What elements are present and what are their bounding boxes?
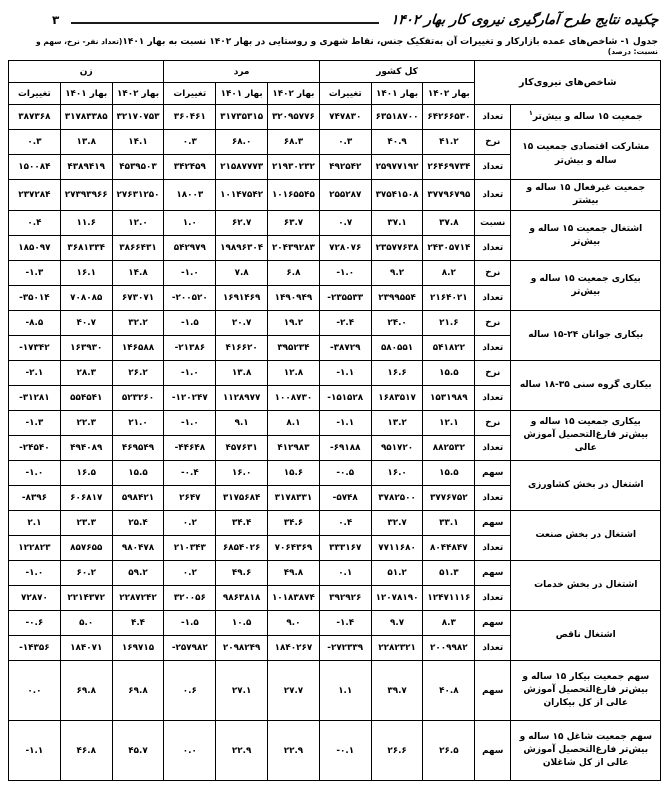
unit-cell: سهم bbox=[475, 721, 511, 781]
value-cell: ۲۷۶۳۱۲۵۰ bbox=[112, 180, 164, 211]
value-cell: ۶۳۵۱۸۷۰۰ bbox=[371, 105, 423, 130]
value-cell: ۲۱۹۳۰۲۳۲ bbox=[268, 155, 320, 180]
unit-cell: تعداد bbox=[475, 586, 511, 611]
document-title: چکیده نتایج طرح آمارگیری نیروی کار بهار … bbox=[390, 12, 659, 28]
value-cell: -۱.۰ bbox=[9, 461, 61, 486]
value-cell: ۲۵۹۷۷۱۹۲ bbox=[371, 155, 423, 180]
value-cell: -۱.۵ bbox=[164, 311, 216, 336]
value-cell: ۸.۱ bbox=[268, 411, 320, 436]
value-cell: -۸.۵ bbox=[9, 311, 61, 336]
value-cell: -۱.۰ bbox=[9, 561, 61, 586]
col-header-spring1402: بهار ۱۴۰۲ bbox=[268, 83, 320, 105]
value-cell: ۱۸۵۰۹۷ bbox=[9, 236, 61, 261]
value-cell: ۳۸۶۶۴۳۱ bbox=[112, 236, 164, 261]
value-cell: ۱۵۳۱۹۸۹ bbox=[423, 386, 475, 411]
value-cell: ۰.۴ bbox=[319, 511, 371, 536]
value-cell: -۱.۳ bbox=[9, 411, 61, 436]
value-cell: ۱۰۱۸۳۸۷۴ bbox=[268, 586, 320, 611]
value-cell: ۲۲.۹ bbox=[216, 721, 268, 781]
value-cell: ۱.۱ bbox=[319, 661, 371, 721]
value-cell: ۳۱۷۸۳۳۸۵ bbox=[60, 105, 112, 130]
value-cell: ۲۳.۳ bbox=[60, 511, 112, 536]
value-cell: ۶۰.۲ bbox=[60, 561, 112, 586]
value-cell: ۷۴۷۸۳۰ bbox=[319, 105, 371, 130]
indicator-label: اشتغال در بخش کشاورزی bbox=[511, 461, 661, 511]
value-cell: ۴۰.۷ bbox=[60, 311, 112, 336]
value-cell: -۱.۴ bbox=[319, 611, 371, 636]
value-cell: ۴۱۶۶۲۰ bbox=[216, 336, 268, 361]
value-cell: ۲۰.۷ bbox=[216, 311, 268, 336]
value-cell: ۲۰۴۳۹۲۸۳ bbox=[268, 236, 320, 261]
unit-cell: نرخ bbox=[475, 361, 511, 386]
value-cell: ۴۵۳۹۵۰۳ bbox=[112, 155, 164, 180]
value-cell: -۱.۰ bbox=[164, 361, 216, 386]
value-cell: ۳۹۵۲۳۴ bbox=[268, 336, 320, 361]
table-body: جمعیت ۱۵ ساله و بیش‌تر۱تعداد۶۴۲۶۶۵۳۰۶۳۵۱… bbox=[9, 105, 661, 781]
value-cell: ۱۲۲۸۲۳ bbox=[9, 536, 61, 561]
value-cell: ۲۶.۲ bbox=[112, 361, 164, 386]
value-cell: ۵۱.۳ bbox=[423, 561, 475, 586]
value-cell: ۴.۴ bbox=[112, 611, 164, 636]
value-cell: ۱۸۴۰۲۶۷ bbox=[268, 636, 320, 661]
value-cell: ۱۶.۵ bbox=[60, 461, 112, 486]
value-cell: -۱۵۱۵۲۸ bbox=[319, 386, 371, 411]
value-cell: ۱۴۹۰۹۴۹ bbox=[268, 286, 320, 311]
table-row: جمعیت غیرفعال ۱۵ ساله و بیشترتعداد۳۷۷۹۶۷… bbox=[9, 180, 661, 211]
value-cell: -۱.۵ bbox=[164, 611, 216, 636]
value-cell: ۶۸۵۴۰۲۶ bbox=[216, 536, 268, 561]
value-cell: ۲۵.۴ bbox=[112, 511, 164, 536]
value-cell: ۷۰۸۰۸۵ bbox=[60, 286, 112, 311]
value-cell: ۰.۱ bbox=[319, 561, 371, 586]
value-cell: ۴۵۷۶۳۱ bbox=[216, 436, 268, 461]
value-cell: ۰.۲ bbox=[164, 561, 216, 586]
value-cell: -۱.۱ bbox=[9, 721, 61, 781]
value-cell: ۲۴۳۰۵۷۱۴ bbox=[423, 236, 475, 261]
value-cell: ۳۶۰۴۶۱ bbox=[164, 105, 216, 130]
value-cell: ۱.۰ bbox=[164, 211, 216, 236]
value-cell: ۱۳.۸ bbox=[60, 130, 112, 155]
value-cell: ۹.۲ bbox=[371, 261, 423, 286]
unit-cell: نرخ bbox=[475, 261, 511, 286]
value-cell: ۱۱۲۸۹۷۷ bbox=[216, 386, 268, 411]
value-cell: ۱۶.۰ bbox=[216, 461, 268, 486]
unit-cell: تعداد bbox=[475, 536, 511, 561]
indicator-label: مشارکت اقتصادی جمعیت ۱۵ ساله و بیش‌تر bbox=[511, 130, 661, 180]
value-cell: -۲۱۳۸۶ bbox=[164, 336, 216, 361]
table-row: مشارکت اقتصادی جمعیت ۱۵ ساله و بیش‌ترنرخ… bbox=[9, 130, 661, 155]
value-cell: ۲۱.۰ bbox=[112, 411, 164, 436]
value-cell: ۶۴۲۶۶۵۳۰ bbox=[423, 105, 475, 130]
value-cell: ۱۲۴۷۱۱۱۶ bbox=[423, 586, 475, 611]
unit-cell: تعداد bbox=[475, 386, 511, 411]
table-row: بیکاری جوانان ۲۴-۱۵ سالهنرخ۲۱.۶۲۴.۰-۲.۴۱… bbox=[9, 311, 661, 336]
value-cell: ۰.۶ bbox=[164, 661, 216, 721]
value-cell: ۱۱.۶ bbox=[60, 211, 112, 236]
value-cell: ۱۵.۵ bbox=[423, 461, 475, 486]
value-cell: ۵۴۱۸۲۲ bbox=[423, 336, 475, 361]
group-header-country: کل کشور bbox=[319, 61, 474, 83]
table-row: اشتغال در بخش خدماتسهم۵۱.۳۵۱.۲۰.۱۴۹.۸۴۹.… bbox=[9, 561, 661, 586]
value-cell: ۸۰۴۴۸۴۷ bbox=[423, 536, 475, 561]
unit-cell: سهم bbox=[475, 461, 511, 486]
value-cell: ۴۵.۷ bbox=[112, 721, 164, 781]
value-cell: -۰.۱ bbox=[319, 721, 371, 781]
table-row: بیکاری جمعیت ۱۵ ساله و بیش‌ترنرخ۸.۲۹.۲-۱… bbox=[9, 261, 661, 286]
value-cell: ۲۳۹۹۵۵۴ bbox=[371, 286, 423, 311]
value-cell: ۱۰۰۸۷۳۰ bbox=[268, 386, 320, 411]
value-cell: -۰.۵ bbox=[319, 461, 371, 486]
value-cell: -۵۷۴۸ bbox=[319, 486, 371, 511]
col-header-change: تغییرات bbox=[9, 83, 61, 105]
table-caption-text: جدول ۱- شاخص‌های عمده بازارکار و تغییرات… bbox=[122, 37, 658, 47]
value-cell: ۳۲۰۹۵۷۷۶ bbox=[268, 105, 320, 130]
value-cell: ۴۰.۸ bbox=[423, 661, 475, 721]
value-cell: ۱۵.۵ bbox=[423, 361, 475, 386]
table-row: سهم جمعیت شاغل ۱۵ ساله و بیش‌تر فارغ‌الت… bbox=[9, 721, 661, 781]
value-cell: ۲۲.۳ bbox=[60, 411, 112, 436]
value-cell: ۳۴۲۴۵۹ bbox=[164, 155, 216, 180]
col-header-spring1402: بهار ۱۴۰۲ bbox=[112, 83, 164, 105]
unit-cell: تعداد bbox=[475, 236, 511, 261]
value-cell: ۷۷۱۱۶۸۰ bbox=[371, 536, 423, 561]
value-cell: ۲۰۹۸۲۴۹ bbox=[216, 636, 268, 661]
col-header-spring1401: بهار ۱۴۰۱ bbox=[371, 83, 423, 105]
value-cell: -۱.۳ bbox=[9, 261, 61, 286]
value-cell: ۱۶.۶ bbox=[371, 361, 423, 386]
value-cell: -۱.۰ bbox=[164, 261, 216, 286]
value-cell: ۱۵.۶ bbox=[268, 461, 320, 486]
value-cell: ۱۲.۱ bbox=[423, 411, 475, 436]
value-cell: ۰.۳ bbox=[9, 130, 61, 155]
value-cell: -۳۵۰۱۴ bbox=[9, 286, 61, 311]
value-cell: -۱۷۳۴۲ bbox=[9, 336, 61, 361]
value-cell: ۳۶۸۱۳۳۴ bbox=[60, 236, 112, 261]
value-cell: ۴۶۹۵۴۹ bbox=[112, 436, 164, 461]
value-cell: ۲۴.۰ bbox=[371, 311, 423, 336]
unit-cell: سهم bbox=[475, 611, 511, 636]
value-cell: ۹.۰ bbox=[268, 611, 320, 636]
value-cell: ۲۵۵۲۸۷ bbox=[319, 180, 371, 211]
value-cell: ۵.۰ bbox=[60, 611, 112, 636]
value-cell: ۲۶۴۶۹۷۳۴ bbox=[423, 155, 475, 180]
value-cell: ۳۷.۸ bbox=[423, 211, 475, 236]
indicator-label: جمعیت ۱۵ ساله و بیش‌تر۱ bbox=[511, 105, 661, 130]
value-cell: ۶۰۶۸۱۷ bbox=[60, 486, 112, 511]
value-cell: ۲۶.۶ bbox=[371, 721, 423, 781]
indicator-label: سهم جمعیت شاغل ۱۵ ساله و بیش‌تر فارغ‌الت… bbox=[511, 721, 661, 781]
table-row: جمعیت ۱۵ ساله و بیش‌تر۱تعداد۶۴۲۶۶۵۳۰۶۳۵۱… bbox=[9, 105, 661, 130]
unit-cell: نرخ bbox=[475, 311, 511, 336]
value-cell: ۴۹۴۰۸۹ bbox=[60, 436, 112, 461]
value-cell: ۸۵۷۶۵۵ bbox=[60, 536, 112, 561]
value-cell: ۱۵۰۰۸۴ bbox=[9, 155, 61, 180]
value-cell: ۱۵.۵ bbox=[112, 461, 164, 486]
value-cell: ۳۱۷۳۵۳۱۵ bbox=[216, 105, 268, 130]
value-cell: ۶۲.۷ bbox=[216, 211, 268, 236]
value-cell: -۲۷۲۳۳۹ bbox=[319, 636, 371, 661]
value-cell: ۵۱.۲ bbox=[371, 561, 423, 586]
value-cell: -۴۴۶۴۸ bbox=[164, 436, 216, 461]
value-cell: ۱۰۱۶۵۵۴۵ bbox=[268, 180, 320, 211]
value-cell: -۱۲۰۲۴۷ bbox=[164, 386, 216, 411]
value-cell: ۲۳۵۷۷۶۳۸ bbox=[371, 236, 423, 261]
value-cell: ۹۸۶۳۸۱۸ bbox=[216, 586, 268, 611]
value-cell: -۰.۴ bbox=[164, 461, 216, 486]
value-cell: -۲۳۵۵۳۳ bbox=[319, 286, 371, 311]
value-cell: ۱۹۸۹۶۳۰۴ bbox=[216, 236, 268, 261]
value-cell: ۴۱.۲ bbox=[423, 130, 475, 155]
indicator-label: بیکاری جمعیت ۱۵ ساله و بیش‌تر bbox=[511, 261, 661, 311]
value-cell: -۱.۰ bbox=[319, 261, 371, 286]
value-cell: ۳۱۷۸۳۳۱ bbox=[268, 486, 320, 511]
value-cell: ۳۷۷۶۷۵۲ bbox=[423, 486, 475, 511]
value-cell: -۳۸۷۲۹ bbox=[319, 336, 371, 361]
value-cell: ۷.۸ bbox=[216, 261, 268, 286]
col-header-spring1401: بهار ۱۴۰۱ bbox=[216, 83, 268, 105]
unit-cell: تعداد bbox=[475, 486, 511, 511]
value-cell: ۲۱.۶ bbox=[423, 311, 475, 336]
value-cell: ۱۶۳۹۳۰ bbox=[60, 336, 112, 361]
value-cell: ۵۹۸۴۲۱ bbox=[112, 486, 164, 511]
value-cell: -۲۵۷۹۸۲ bbox=[164, 636, 216, 661]
indicator-label: سهم جمعیت بیکار ۱۵ ساله و بیش‌تر فارغ‌ال… bbox=[511, 661, 661, 721]
value-cell: ۱۴۶۵۸۸ bbox=[112, 336, 164, 361]
col-header-change: تغییرات bbox=[319, 83, 371, 105]
value-cell: ۹.۷ bbox=[371, 611, 423, 636]
col-header-spring1402: بهار ۱۴۰۲ bbox=[423, 83, 475, 105]
value-cell: ۱۳.۲ bbox=[371, 411, 423, 436]
value-cell: ۵۲۳۲۶۰ bbox=[112, 386, 164, 411]
value-cell: ۲۲.۹ bbox=[268, 721, 320, 781]
value-cell: ۶۹.۸ bbox=[60, 661, 112, 721]
unit-cell: تعداد bbox=[475, 105, 511, 130]
value-cell: ۱۹.۲ bbox=[268, 311, 320, 336]
indicator-column-header: شاخص‌های نیروی‌کار bbox=[475, 61, 661, 105]
unit-cell: تعداد bbox=[475, 636, 511, 661]
value-cell: ۱۲.۰ bbox=[112, 211, 164, 236]
value-cell: ۵۴۲۹۷۹ bbox=[164, 236, 216, 261]
value-cell: ۱۸۴۰۷۱ bbox=[60, 636, 112, 661]
value-cell: ۰.۰ bbox=[9, 661, 61, 721]
unit-cell: تعداد bbox=[475, 436, 511, 461]
value-cell: -۱.۰ bbox=[164, 411, 216, 436]
value-cell: ۴۹.۶ bbox=[216, 561, 268, 586]
value-cell: ۰.۳ bbox=[319, 130, 371, 155]
value-cell: ۱۶۹۱۴۶۹ bbox=[216, 286, 268, 311]
value-cell: ۵۵۴۵۴۱ bbox=[60, 386, 112, 411]
value-cell: -۱۴۳۵۶ bbox=[9, 636, 61, 661]
value-cell: ۱۴.۱ bbox=[112, 130, 164, 155]
table-row: بیکاری جمعیت ۱۵ ساله و بیش‌تر فارغ‌التحص… bbox=[9, 411, 661, 436]
value-cell: ۴۰.۹ bbox=[371, 130, 423, 155]
value-cell: ۲۷.۷ bbox=[268, 661, 320, 721]
value-cell: ۳۳.۱ bbox=[423, 511, 475, 536]
value-cell: ۳۷.۱ bbox=[371, 211, 423, 236]
indicator-label: اشتغال ناقص bbox=[511, 611, 661, 661]
value-cell: ۳۳۳۱۶۷ bbox=[319, 536, 371, 561]
value-cell: ۸۸۲۵۳۲ bbox=[423, 436, 475, 461]
value-cell: ۶۷۳۰۷۱ bbox=[112, 286, 164, 311]
value-cell: ۲۶.۵ bbox=[423, 721, 475, 781]
value-cell: ۳۷۵۴۱۵۰۸ bbox=[371, 180, 423, 211]
table-row: سهم جمعیت بیکار ۱۵ ساله و بیش‌تر فارغ‌ال… bbox=[9, 661, 661, 721]
value-cell: ۲۷.۱ bbox=[216, 661, 268, 721]
value-cell: ۴۱۲۹۸۳ bbox=[268, 436, 320, 461]
value-cell: ۸.۲ bbox=[423, 261, 475, 286]
value-cell: ۳۹۲۹۲۶ bbox=[319, 586, 371, 611]
value-cell: ۷۰۶۴۳۶۹ bbox=[268, 536, 320, 561]
value-cell: ۰.۴ bbox=[9, 211, 61, 236]
unit-cell: سهم bbox=[475, 561, 511, 586]
value-cell: ۱۲۰۷۸۱۹۰ bbox=[371, 586, 423, 611]
value-cell: ۴۳۸۹۴۱۹ bbox=[60, 155, 112, 180]
value-cell: ۷۲۸۰۷۶ bbox=[319, 236, 371, 261]
value-cell: ۲۷۳۹۳۹۶۶ bbox=[60, 180, 112, 211]
value-cell: ۱۸۰۰۳ bbox=[164, 180, 216, 211]
indicator-label: بیکاری جمعیت ۱۵ ساله و بیش‌تر فارغ‌التحص… bbox=[511, 411, 661, 461]
value-cell: ۱۴.۸ bbox=[112, 261, 164, 286]
group-header-female: زن bbox=[9, 61, 164, 83]
value-cell: ۴۶.۸ bbox=[60, 721, 112, 781]
value-cell: -۸۳۹۶ bbox=[9, 486, 61, 511]
value-cell: ۱۶۸۳۵۱۷ bbox=[371, 386, 423, 411]
value-cell: ۱۶.۰ bbox=[371, 461, 423, 486]
value-cell: ۲۱۰۳۴۳ bbox=[164, 536, 216, 561]
value-cell: ۳۲۱۷۰۷۵۳ bbox=[112, 105, 164, 130]
value-cell: -۶۹۱۸۸ bbox=[319, 436, 371, 461]
unit-cell: تعداد bbox=[475, 286, 511, 311]
report-page: چکیده نتایج طرح آمارگیری نیروی کار بهار … bbox=[0, 0, 668, 800]
value-cell: -۲۴۵۴۰ bbox=[9, 436, 61, 461]
value-cell: ۳۴.۴ bbox=[216, 511, 268, 536]
value-cell: -۰.۶ bbox=[9, 611, 61, 636]
col-header-change: تغییرات bbox=[164, 83, 216, 105]
table-row: اشتغال در بخش کشاورزیسهم۱۵.۵۱۶.۰-۰.۵۱۵.۶… bbox=[9, 461, 661, 486]
value-cell: ۵۸۰۵۵۱ bbox=[371, 336, 423, 361]
value-cell: ۶۸.۳ bbox=[268, 130, 320, 155]
page-header: چکیده نتایج طرح آمارگیری نیروی کار بهار … bbox=[0, 0, 668, 30]
col-header-spring1401: بهار ۱۴۰۱ bbox=[60, 83, 112, 105]
value-cell: -۱.۱ bbox=[319, 361, 371, 386]
value-cell: ۷۲۸۷۰ bbox=[9, 586, 61, 611]
table-row: اشتغال جمعیت ۱۵ ساله و بیش‌ترنسبت۳۷.۸۳۷.… bbox=[9, 211, 661, 236]
table-row: اشتغال ناقصسهم۸.۳۹.۷-۱.۴۹.۰۱۰.۵-۱.۵۴.۴۵.… bbox=[9, 611, 661, 636]
value-cell: ۳۷۷۹۶۷۹۵ bbox=[423, 180, 475, 211]
value-cell: ۶.۸ bbox=[268, 261, 320, 286]
value-cell: ۲.۱ bbox=[9, 511, 61, 536]
unit-cell: نرخ bbox=[475, 411, 511, 436]
value-cell: ۰.۷ bbox=[319, 211, 371, 236]
value-cell: ۶۳.۷ bbox=[268, 211, 320, 236]
value-cell: ۳۸۷۳۶۸ bbox=[9, 105, 61, 130]
footnote-marker: ۱ bbox=[529, 109, 533, 117]
group-header-male: مرد bbox=[164, 61, 319, 83]
indicator-label: بیکاری گروه سنی ۳۵-۱۸ ساله bbox=[511, 361, 661, 411]
table-header: شاخص‌های نیروی‌کار کل کشور مرد زن بهار ۱… bbox=[9, 61, 661, 105]
value-cell: ۹۸۰۴۷۸ bbox=[112, 536, 164, 561]
value-cell: ۲۲۱۴۳۷۲ bbox=[60, 586, 112, 611]
unit-cell: تعداد bbox=[475, 155, 511, 180]
value-cell: ۲۱۶۴۰۲۱ bbox=[423, 286, 475, 311]
value-cell: ۱۰.۵ bbox=[216, 611, 268, 636]
value-cell: ۵۹.۲ bbox=[112, 561, 164, 586]
indicator-label: بیکاری جوانان ۲۴-۱۵ ساله bbox=[511, 311, 661, 361]
value-cell: ۳۹.۷ bbox=[371, 661, 423, 721]
value-cell: ۲۸.۳ bbox=[60, 361, 112, 386]
value-cell: ۳۲.۷ bbox=[371, 511, 423, 536]
value-cell: ۴۹۲۵۴۲ bbox=[319, 155, 371, 180]
value-cell: ۲۱۵۸۷۷۷۳ bbox=[216, 155, 268, 180]
value-cell: ۰.۲ bbox=[164, 511, 216, 536]
table-row: بیکاری گروه سنی ۳۵-۱۸ سالهنرخ۱۵.۵۱۶.۶-۱.… bbox=[9, 361, 661, 386]
unit-cell: تعداد bbox=[475, 336, 511, 361]
value-cell: ۳۷۸۲۵۰۰ bbox=[371, 486, 423, 511]
value-cell: -۲۰۰۵۲۰ bbox=[164, 286, 216, 311]
value-cell: ۶۹.۸ bbox=[112, 661, 164, 721]
indicator-label: اشتغال جمعیت ۱۵ ساله و بیش‌تر bbox=[511, 211, 661, 261]
indicator-label: جمعیت غیرفعال ۱۵ ساله و بیشتر bbox=[511, 180, 661, 211]
value-cell: ۴۹.۸ bbox=[268, 561, 320, 586]
value-cell: ۳۲۰۰۵۶ bbox=[164, 586, 216, 611]
header-rule bbox=[71, 22, 378, 24]
value-cell: ۱۶.۱ bbox=[60, 261, 112, 286]
unit-cell: تعداد bbox=[475, 180, 511, 211]
unit-cell: نرخ bbox=[475, 130, 511, 155]
value-cell: ۲۰۰۹۹۸۲ bbox=[423, 636, 475, 661]
value-cell: ۳۱۷۵۶۸۴ bbox=[216, 486, 268, 511]
indicator-label: اشتغال در بخش خدمات bbox=[511, 561, 661, 611]
unit-cell: نسبت bbox=[475, 211, 511, 236]
table-row: اشتغال در بخش صنعتسهم۳۳.۱۳۲.۷۰.۴۳۴.۶۳۴.۴… bbox=[9, 511, 661, 536]
value-cell: ۱۶۹۷۱۵ bbox=[112, 636, 164, 661]
value-cell: ۲۶۴۷ bbox=[164, 486, 216, 511]
value-cell: ۳۴.۶ bbox=[268, 511, 320, 536]
page-number: ۳ bbox=[48, 13, 59, 27]
value-cell: ۹۵۱۷۲۰ bbox=[371, 436, 423, 461]
labor-force-table: شاخص‌های نیروی‌کار کل کشور مرد زن بهار ۱… bbox=[8, 60, 661, 781]
value-cell: -۳۱۲۸۱ bbox=[9, 386, 61, 411]
value-cell: -۲.۱ bbox=[9, 361, 61, 386]
value-cell: ۲۲۸۷۲۴۲ bbox=[112, 586, 164, 611]
indicator-label: اشتغال در بخش صنعت bbox=[511, 511, 661, 561]
table-caption: جدول ۱- شاخص‌های عمده بازارکار و تغییرات… bbox=[10, 37, 658, 57]
value-cell: ۱۳.۸ bbox=[216, 361, 268, 386]
value-cell: ۱۲.۸ bbox=[268, 361, 320, 386]
unit-cell: سهم bbox=[475, 661, 511, 721]
value-cell: ۰.۰ bbox=[164, 721, 216, 781]
value-cell: ۰.۳ bbox=[164, 130, 216, 155]
value-cell: ۸.۳ bbox=[423, 611, 475, 636]
value-cell: ۲۲۸۲۳۲۱ bbox=[371, 636, 423, 661]
value-cell: ۱۰۱۴۷۵۴۲ bbox=[216, 180, 268, 211]
value-cell: ۶۸.۰ bbox=[216, 130, 268, 155]
value-cell: ۲۳۷۲۸۴ bbox=[9, 180, 61, 211]
unit-cell: سهم bbox=[475, 511, 511, 536]
value-cell: ۳۲.۲ bbox=[112, 311, 164, 336]
value-cell: ۹.۱ bbox=[216, 411, 268, 436]
value-cell: -۲.۴ bbox=[319, 311, 371, 336]
value-cell: -۱.۱ bbox=[319, 411, 371, 436]
